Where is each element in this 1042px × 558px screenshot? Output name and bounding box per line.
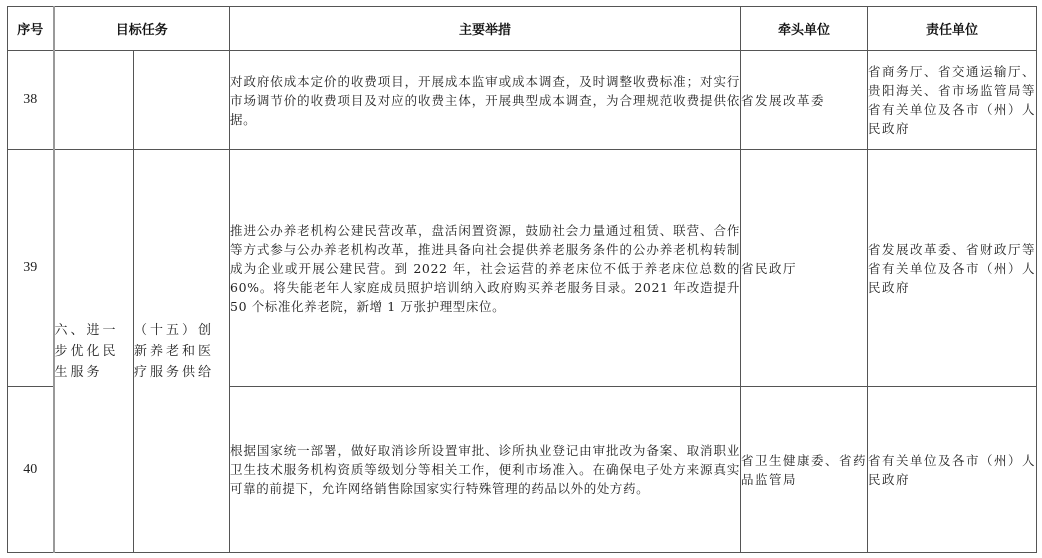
row-index: 38: [8, 51, 54, 150]
row-responsible-unit: 省有关单位及各市（州）人民政府: [868, 387, 1037, 553]
header-row: 序号 目标任务 主要举措 牵头单位 责任单位: [8, 7, 1037, 51]
header-measures: 主要举措: [230, 7, 741, 51]
row-index: 40: [8, 387, 54, 553]
row-responsible-unit: 省发展改革委、省财政厅等省有关单位及各市（州）人民政府: [868, 150, 1037, 387]
row-subtask: [134, 51, 230, 150]
goal-subtask: （十五）创新养老和医疗服务供给: [134, 150, 230, 553]
table-row: 38 对政府依成本定价的收费项目，开展成本监审或成本调查，及时调整收费标准；对实…: [8, 51, 1037, 150]
header-responsible-unit: 责任单位: [868, 7, 1037, 51]
row-lead-unit: 省发展改革委: [741, 51, 868, 150]
header-lead-unit: 牵头单位: [741, 7, 868, 51]
table-row: 39 六、进一步优化民生服务 （十五）创新养老和医疗服务供给 推进公办养老机构公…: [8, 150, 1037, 387]
header-index: 序号: [8, 7, 54, 51]
row-responsible-unit: 省商务厅、省交通运输厅、贵阳海关、省市场监管局等省有关单位及各市（州）人民政府: [868, 51, 1037, 150]
row-measures: 根据国家统一部署，做好取消诊所设置审批、诊所执业登记由审批改为备案、取消职业卫生…: [230, 387, 741, 553]
header-goal-task: 目标任务: [54, 7, 230, 51]
row-index: 39: [8, 150, 54, 387]
row-category: [54, 51, 134, 150]
task-table: 序号 目标任务 主要举措 牵头单位 责任单位 38 对政府依成本定价的收费项目，…: [7, 6, 1037, 553]
row-lead-unit: 省民政厅: [741, 150, 868, 387]
row-measures: 推进公办养老机构公建民营改革，盘活闲置资源，鼓励社会力量通过租赁、联营、合作等方…: [230, 150, 741, 387]
goal-category: 六、进一步优化民生服务: [54, 150, 134, 553]
row-measures: 对政府依成本定价的收费项目，开展成本监审或成本调查，及时调整收费标准；对实行市场…: [230, 51, 741, 150]
row-lead-unit: 省卫生健康委、省药品监管局: [741, 387, 868, 553]
